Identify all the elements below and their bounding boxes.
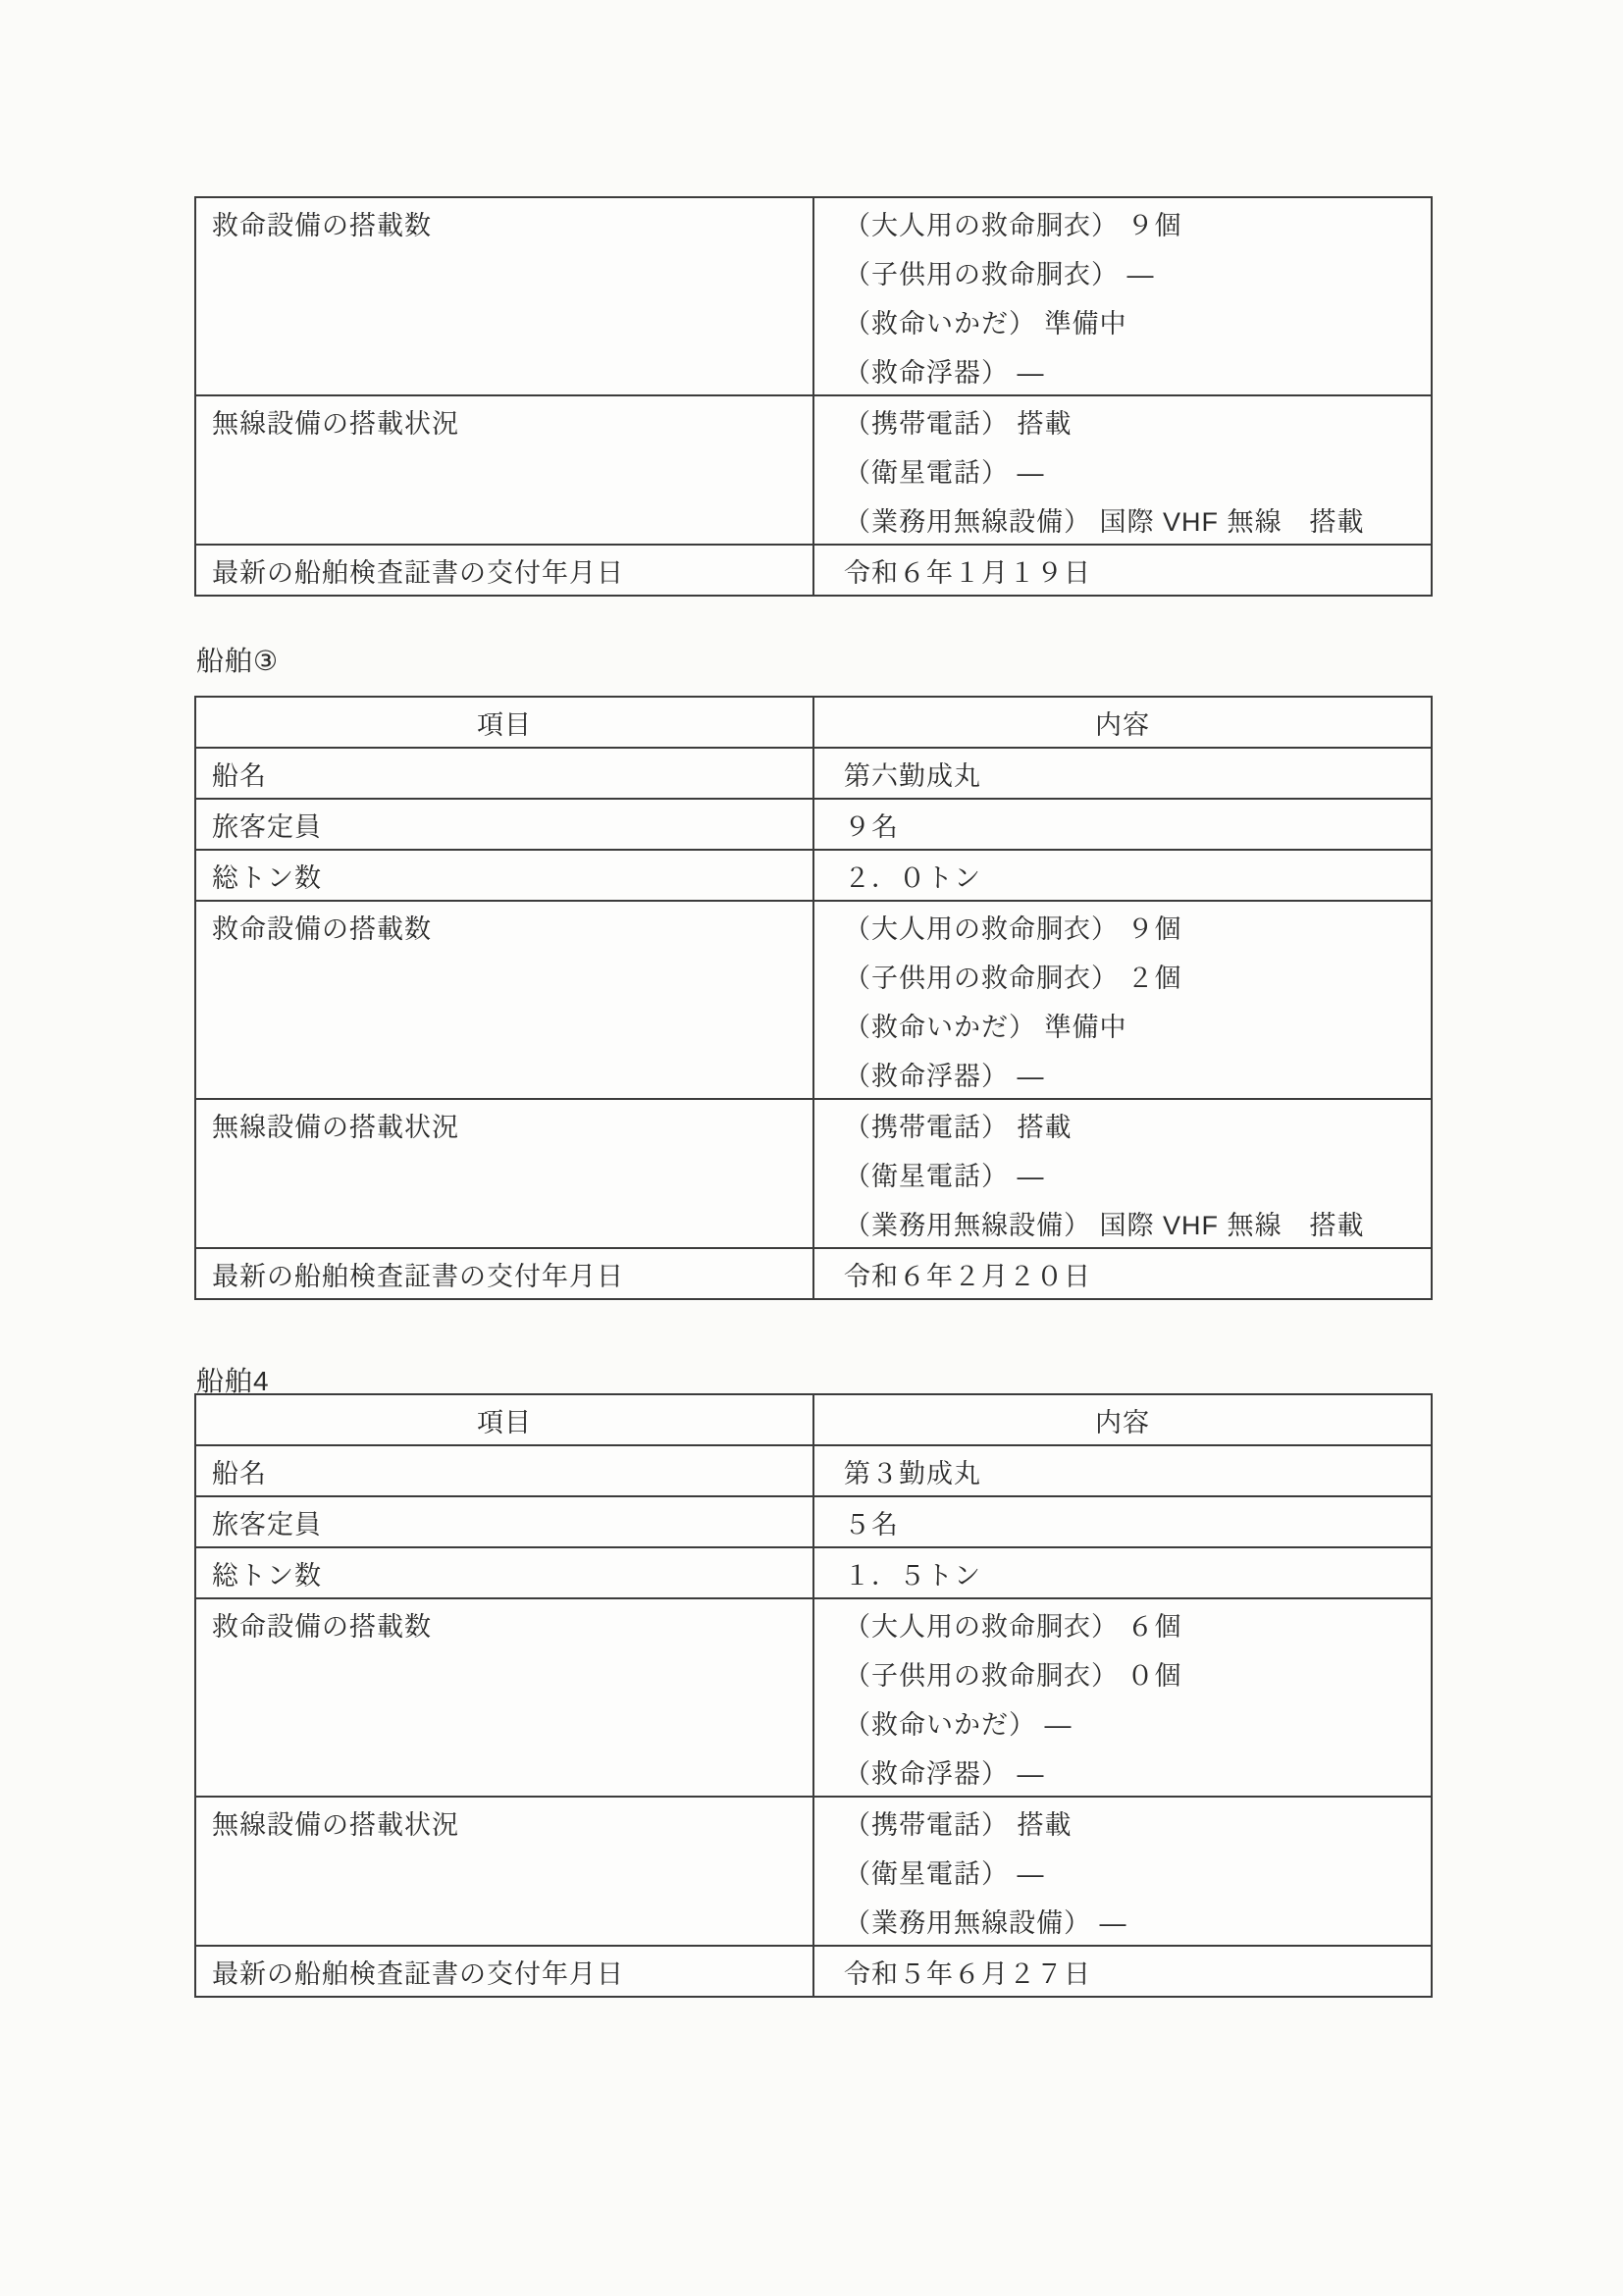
- content-line: 第３勤成丸: [844, 1446, 1423, 1495]
- table-row-ship-name: 船名 第六勤成丸: [196, 747, 1431, 798]
- row-label: 旅客定員: [212, 800, 805, 849]
- table-row-inspection-date: 最新の船舶検査証書の交付年月日 令和６年２月２０日: [196, 1247, 1431, 1298]
- header-content-label: 内容: [814, 1395, 1431, 1444]
- table-row-radio: 無線設備の搭載状況 （携帯電話） 搭載 （衛星電話） ― （業務用無線設備） 国…: [196, 394, 1431, 544]
- content-line: （子供用の救命胴衣） ２個: [844, 951, 1423, 1000]
- row-label: 最新の船舶検査証書の交付年月日: [212, 1947, 805, 1996]
- row-label: 最新の船舶検査証書の交付年月日: [212, 546, 805, 595]
- item-cell: 総トン数: [196, 1548, 814, 1597]
- row-label: 船名: [212, 749, 805, 798]
- table-header-row: 項目 内容: [196, 698, 1431, 747]
- content-cell: （携帯電話） 搭載 （衛星電話） ― （業務用無線設備） ―: [814, 1798, 1431, 1945]
- content-line: 令和５年６月２７日: [844, 1947, 1423, 1996]
- ship2-spec-table: 救命設備の搭載数 （大人用の救命胴衣） ９個 （子供用の救命胴衣） ― （救命い…: [194, 196, 1433, 597]
- item-cell: 無線設備の搭載状況: [196, 1100, 814, 1247]
- header-item-label: 項目: [196, 698, 812, 747]
- item-cell: 無線設備の搭載状況: [196, 396, 814, 544]
- content-cell: （大人用の救命胴衣） ６個 （子供用の救命胴衣） ０個 （救命いかだ） ― （救…: [814, 1599, 1431, 1796]
- content-cell: １．５トン: [814, 1548, 1431, 1597]
- row-label: 総トン数: [212, 1548, 805, 1597]
- table-row-ship-name: 船名 第３勤成丸: [196, 1444, 1431, 1495]
- content-cell: （大人用の救命胴衣） ９個 （子供用の救命胴衣） ２個 （救命いかだ） 準備中 …: [814, 902, 1431, 1098]
- ship4-spec-table: 項目 内容 船名 第３勤成丸 旅客定員 ５名 総トン数: [194, 1393, 1433, 1998]
- content-line: （衛星電話） ―: [844, 1847, 1423, 1896]
- table-row-lifesaving: 救命設備の搭載数 （大人用の救命胴衣） ９個 （子供用の救命胴衣） ２個 （救命…: [196, 900, 1431, 1098]
- row-label: 最新の船舶検査証書の交付年月日: [212, 1249, 805, 1298]
- content-line: ５名: [844, 1497, 1423, 1546]
- row-label: 無線設備の搭載状況: [212, 1798, 805, 1847]
- content-line: （救命浮器） ―: [844, 1049, 1423, 1098]
- table-row-passenger-capacity: 旅客定員 ５名: [196, 1495, 1431, 1546]
- content-line: （携帯電話） 搭載: [844, 1798, 1423, 1847]
- content-line: （救命いかだ） ―: [844, 1697, 1423, 1747]
- table-row-gross-tonnage: 総トン数 ２．０トン: [196, 849, 1431, 900]
- content-line: （衛星電話） ―: [844, 1149, 1423, 1198]
- content-cell: （携帯電話） 搭載 （衛星電話） ― （業務用無線設備） 国際 VHF 無線 搭…: [814, 396, 1431, 544]
- table-row-inspection-date: 最新の船舶検査証書の交付年月日 令和５年６月２７日: [196, 1945, 1431, 1996]
- item-cell: 救命設備の搭載数: [196, 1599, 814, 1796]
- content-line: （業務用無線設備） 国際 VHF 無線 搭載: [844, 495, 1423, 544]
- content-line: （救命浮器） ―: [844, 345, 1423, 394]
- content-line: 令和６年２月２０日: [844, 1249, 1423, 1298]
- item-cell: 旅客定員: [196, 800, 814, 849]
- content-line: １．５トン: [844, 1548, 1423, 1597]
- content-line: 第六勤成丸: [844, 749, 1423, 798]
- item-cell: 最新の船舶検査証書の交付年月日: [196, 1947, 814, 1996]
- table-row-lifesaving: 救命設備の搭載数 （大人用の救命胴衣） ６個 （子供用の救命胴衣） ０個 （救命…: [196, 1597, 1431, 1796]
- table-row-lifesaving: 救命設備の搭載数 （大人用の救命胴衣） ９個 （子供用の救命胴衣） ― （救命い…: [196, 198, 1431, 394]
- content-cell: 令和６年１月１９日: [814, 546, 1431, 595]
- content-line: （救命浮器） ―: [844, 1747, 1423, 1796]
- content-cell: 第六勤成丸: [814, 749, 1431, 798]
- ship3-spec-table: 項目 内容 船名 第六勤成丸 旅客定員 ９名 総トン数: [194, 696, 1433, 1300]
- item-cell: 救命設備の搭載数: [196, 198, 814, 394]
- row-label: 無線設備の搭載状況: [212, 1100, 805, 1149]
- content-cell: 第３勤成丸: [814, 1446, 1431, 1495]
- content-line: 令和６年１月１９日: [844, 546, 1423, 595]
- item-cell: 無線設備の搭載状況: [196, 1798, 814, 1945]
- row-label: 救命設備の搭載数: [212, 198, 805, 247]
- item-cell: 救命設備の搭載数: [196, 902, 814, 1098]
- item-cell: 船名: [196, 749, 814, 798]
- content-line: （子供用の救命胴衣） ０個: [844, 1648, 1423, 1697]
- content-line: （携帯電話） 搭載: [844, 1100, 1423, 1149]
- content-cell: （大人用の救命胴衣） ９個 （子供用の救命胴衣） ― （救命いかだ） 準備中 （…: [814, 198, 1431, 394]
- content-cell: 令和６年２月２０日: [814, 1249, 1431, 1298]
- table-header-row: 項目 内容: [196, 1395, 1431, 1444]
- content-line: （大人用の救命胴衣） ９個: [844, 198, 1423, 247]
- item-cell: 最新の船舶検査証書の交付年月日: [196, 1249, 814, 1298]
- item-cell: 旅客定員: [196, 1497, 814, 1546]
- header-item-label: 項目: [196, 1395, 812, 1444]
- ship3-section-label: 船舶③: [196, 640, 279, 679]
- table-row-radio: 無線設備の搭載状況 （携帯電話） 搭載 （衛星電話） ― （業務用無線設備） ―: [196, 1796, 1431, 1945]
- content-line: （業務用無線設備） ―: [844, 1896, 1423, 1945]
- row-label: 救命設備の搭載数: [212, 902, 805, 951]
- content-line: ９名: [844, 800, 1423, 849]
- content-cell: ５名: [814, 1497, 1431, 1546]
- content-line: （衛星電話） ―: [844, 445, 1423, 495]
- content-line: （携帯電話） 搭載: [844, 396, 1423, 445]
- row-label: 無線設備の搭載状況: [212, 396, 805, 445]
- table-row-inspection-date: 最新の船舶検査証書の交付年月日 令和６年１月１９日: [196, 544, 1431, 595]
- table-row-gross-tonnage: 総トン数 １．５トン: [196, 1546, 1431, 1597]
- header-content-cell: 内容: [814, 1395, 1431, 1444]
- content-line: （大人用の救命胴衣） ６個: [844, 1599, 1423, 1648]
- row-label: 船名: [212, 1446, 805, 1495]
- item-cell: 最新の船舶検査証書の交付年月日: [196, 546, 814, 595]
- item-cell: 総トン数: [196, 851, 814, 900]
- content-line: （大人用の救命胴衣） ９個: [844, 902, 1423, 951]
- content-line: （救命いかだ） 準備中: [844, 296, 1423, 345]
- scanned-document-page: 救命設備の搭載数 （大人用の救命胴衣） ９個 （子供用の救命胴衣） ― （救命い…: [0, 0, 1623, 2296]
- header-content-label: 内容: [814, 698, 1431, 747]
- content-cell: ９名: [814, 800, 1431, 849]
- content-cell: ２．０トン: [814, 851, 1431, 900]
- row-label: 総トン数: [212, 851, 805, 900]
- content-line: （救命いかだ） 準備中: [844, 1000, 1423, 1049]
- header-content-cell: 内容: [814, 698, 1431, 747]
- table-row-passenger-capacity: 旅客定員 ９名: [196, 798, 1431, 849]
- row-label: 旅客定員: [212, 1497, 805, 1546]
- header-item-cell: 項目: [196, 698, 814, 747]
- table-row-radio: 無線設備の搭載状況 （携帯電話） 搭載 （衛星電話） ― （業務用無線設備） 国…: [196, 1098, 1431, 1247]
- content-cell: 令和５年６月２７日: [814, 1947, 1431, 1996]
- header-item-cell: 項目: [196, 1395, 814, 1444]
- content-line: ２．０トン: [844, 851, 1423, 900]
- content-cell: （携帯電話） 搭載 （衛星電話） ― （業務用無線設備） 国際 VHF 無線 搭…: [814, 1100, 1431, 1247]
- content-line: （子供用の救命胴衣） ―: [844, 247, 1423, 296]
- row-label: 救命設備の搭載数: [212, 1599, 805, 1648]
- item-cell: 船名: [196, 1446, 814, 1495]
- content-line: （業務用無線設備） 国際 VHF 無線 搭載: [844, 1198, 1423, 1247]
